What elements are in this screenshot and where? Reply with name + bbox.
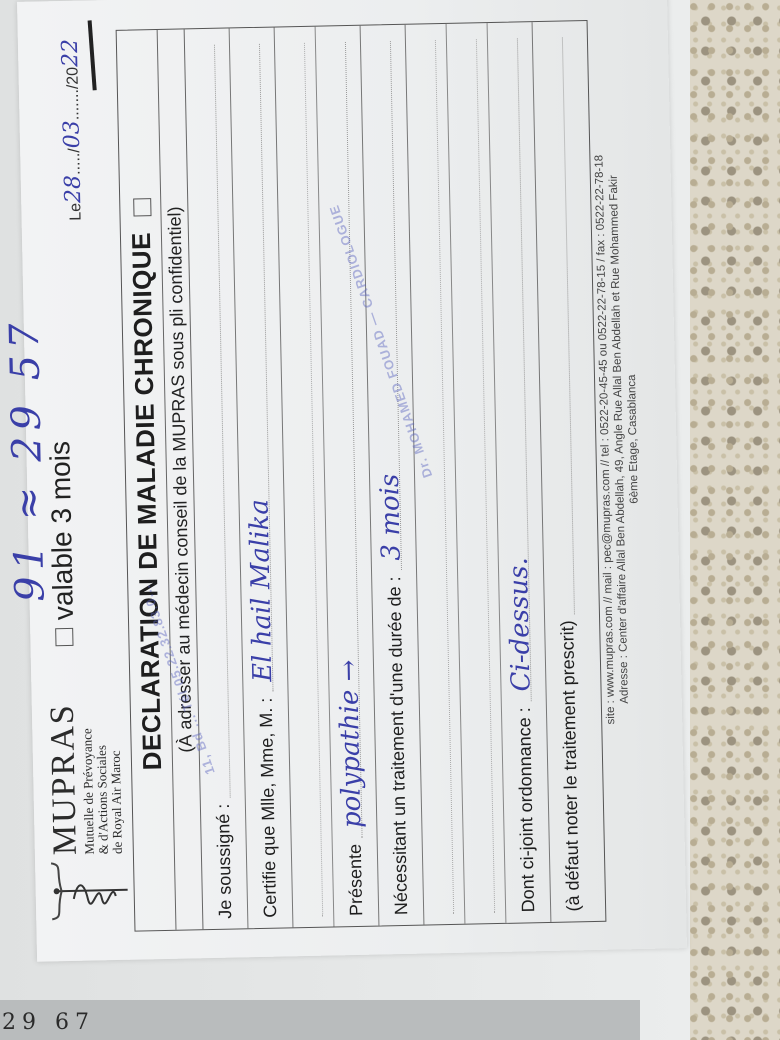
caduceus-icon (49, 860, 130, 922)
field-label: Dont ci-joint ordonnance : (513, 707, 538, 913)
date-year: 22 (58, 39, 84, 68)
field-label: (à défaut noter le traitement prescrit) (557, 620, 584, 912)
pen-mark (88, 20, 97, 90)
date-prefix: Le (67, 203, 84, 221)
field-label: Présente (344, 844, 367, 916)
field-label: Nécessitant un traitement d'une durée de… (384, 576, 412, 915)
field-label: Certifie que Mlle, Mme, M. : (255, 698, 281, 918)
date-month: 03 (60, 120, 86, 149)
form-table: DECLARATION DE MALADIE CHRONIQUE (À adre… (116, 20, 607, 932)
valable-checkbox[interactable] (55, 628, 73, 646)
date-year-prefix: /20 (64, 67, 81, 90)
field-value: 3 mois (374, 473, 406, 560)
mupras-logo: MUPRAS Mutuelle de Prévoyance & d'Action… (46, 702, 131, 921)
valable-label: valable 3 mois (44, 441, 80, 621)
date-day: 28 (61, 175, 87, 204)
form-title: DECLARATION DE MALADIE CHRONIQUE (126, 232, 167, 771)
valable-option[interactable]: valable 3 mois (44, 441, 80, 647)
field-value: Ci-dessus. (503, 557, 536, 692)
declaration-form-sheet: MUPRAS Mutuelle de Prévoyance & d'Action… (17, 0, 687, 962)
date-field[interactable]: Le28...../03......./2022 (58, 39, 87, 221)
field-value: polypathie → (333, 659, 367, 828)
brand-name: MUPRAS (46, 703, 83, 856)
brand-subtitle-3: de Royal Air Maroc (108, 702, 125, 854)
field-value: El hail Malika (244, 499, 278, 682)
field-label: Je soussigné : (212, 803, 235, 918)
chronique-checkbox[interactable] (133, 198, 151, 216)
